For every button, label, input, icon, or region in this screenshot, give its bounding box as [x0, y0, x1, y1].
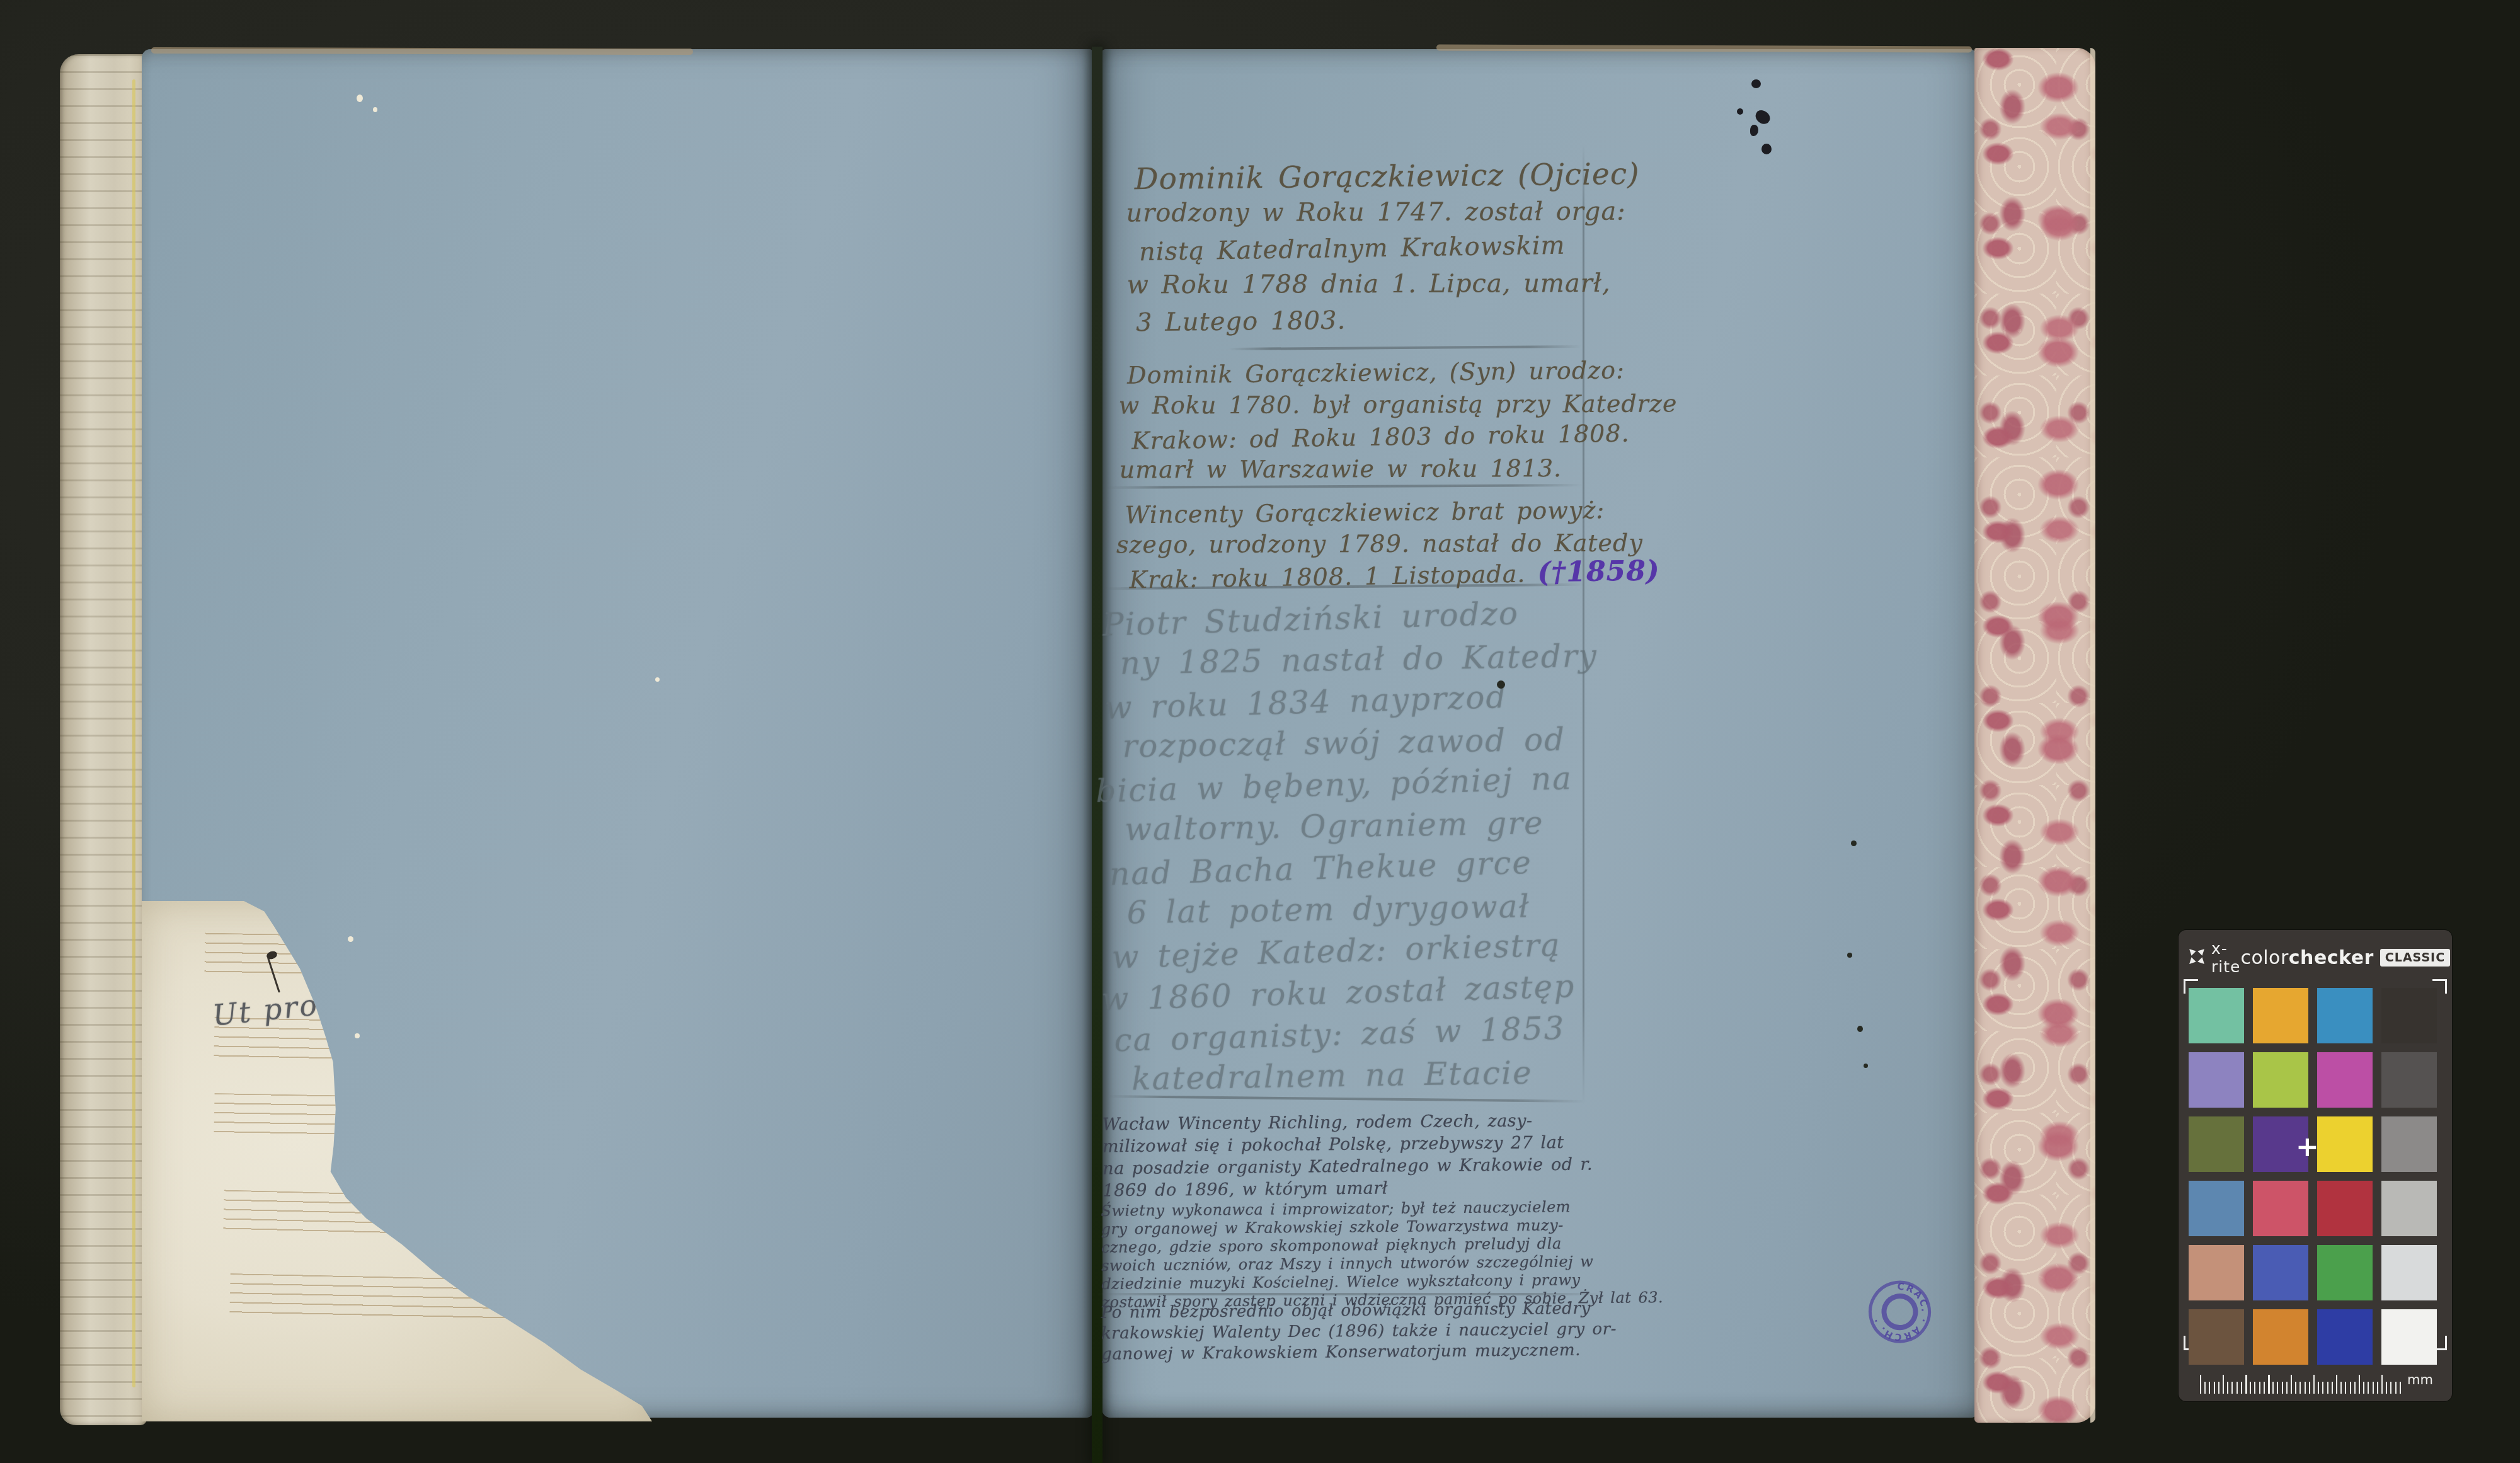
swatch-yellow	[2317, 1116, 2373, 1172]
dark-speck	[1851, 841, 1857, 846]
stamp-ring-text: CRAC. · ARCH. ·	[1862, 1275, 1937, 1350]
swatch-white	[2381, 1309, 2437, 1365]
ink-blot	[1751, 79, 1761, 88]
page-edge-stack	[60, 54, 147, 1425]
swatch-magenta	[2317, 1052, 2373, 1108]
xrite-logo-icon	[2187, 947, 2206, 968]
colorchecker-header: x-rite colorchecker CLASSIC	[2187, 940, 2443, 975]
ink-entry-wincenty: Wincenty Gorączkiewicz brat powyż: szego…	[1125, 494, 1656, 595]
swatch-orange-yellow	[2253, 988, 2308, 1043]
swatch-moderate-red	[2253, 1181, 2308, 1236]
ink-blot	[1737, 108, 1743, 115]
swatch-cyan	[2317, 988, 2373, 1043]
swatch-purplish-blue	[2253, 1245, 2308, 1300]
light-speck	[355, 1033, 360, 1038]
swatch-blue	[2317, 1309, 2373, 1365]
light-speck	[348, 936, 353, 942]
violet-death-date-note: (†1858)	[1537, 554, 1660, 588]
colorchecker-product-label: colorchecker	[2240, 947, 2373, 969]
swatch-green	[2317, 1245, 2373, 1300]
ruler-unit-label: mm	[2407, 1372, 2433, 1387]
xrite-brand-label: x-rite	[2211, 939, 2240, 976]
dark-speck	[1847, 953, 1852, 958]
swatch-neutral-6-5	[2381, 1181, 2437, 1236]
swatch-neutral-5	[2381, 1116, 2437, 1172]
pencil-entry-studzinski: Piotr Studziński urodzo ny 1825 nastał d…	[1102, 591, 1593, 1103]
swatch-black	[2381, 988, 2437, 1043]
swatch-light-skin	[2189, 1245, 2244, 1300]
swatch-foliage	[2189, 1116, 2244, 1172]
swatch-dark-skin	[2189, 1309, 2244, 1365]
dark-speck	[1857, 1026, 1863, 1032]
ink-entry-richling-praise: Świetny wykonawca i improwizator; był te…	[1101, 1197, 1663, 1312]
digitized-manuscript-photo: Ut pro Dominik Gorączkiewicz (Ojciec) ur…	[0, 0, 2520, 1463]
swatch-yellow-green	[2253, 1052, 2308, 1108]
swatch-neutral-3-5	[2381, 1052, 2437, 1108]
swatch-bluish-green	[2189, 988, 2244, 1043]
swatch-grid	[2189, 988, 2437, 1365]
ink-blot	[1761, 144, 1772, 154]
swatch-blue-flower	[2189, 1052, 2244, 1108]
registration-cross-icon: +	[2296, 1138, 2319, 1157]
ink-entry-richling: Wacław Wincenty Richling, rodem Czech, z…	[1102, 1110, 1593, 1202]
svg-text:CRAC. · ARCH. ·: CRAC. · ARCH. ·	[1862, 1275, 1937, 1350]
swatch-orange	[2253, 1309, 2308, 1365]
light-speck	[357, 95, 363, 102]
dark-speck	[1497, 680, 1505, 689]
swatch-red	[2317, 1181, 2373, 1236]
colorchecker-card: x-rite colorchecker CLASSIC	[2179, 930, 2452, 1401]
ink-entry-dec: Po nim bezpośrednio objął obowiązki orga…	[1101, 1298, 1617, 1365]
light-speck	[655, 677, 660, 682]
swatch-neutral-8	[2381, 1245, 2437, 1300]
light-speck	[373, 107, 377, 112]
ink-entry-dominik-ojciec: Dominik Gorączkiewicz (Ojciec) urodzony …	[1135, 156, 1642, 341]
marbled-cover-edge	[1974, 48, 2095, 1423]
dark-speck	[1864, 1064, 1868, 1068]
ink-entry-dominik-syn: Dominik Gorączkiewicz, (Syn) urodzo: w R…	[1127, 353, 1687, 488]
swatch-blue-sky	[2189, 1181, 2244, 1236]
classic-edition-badge: CLASSIC	[2380, 949, 2450, 967]
ruler-ticks-minor	[2200, 1382, 2402, 1394]
